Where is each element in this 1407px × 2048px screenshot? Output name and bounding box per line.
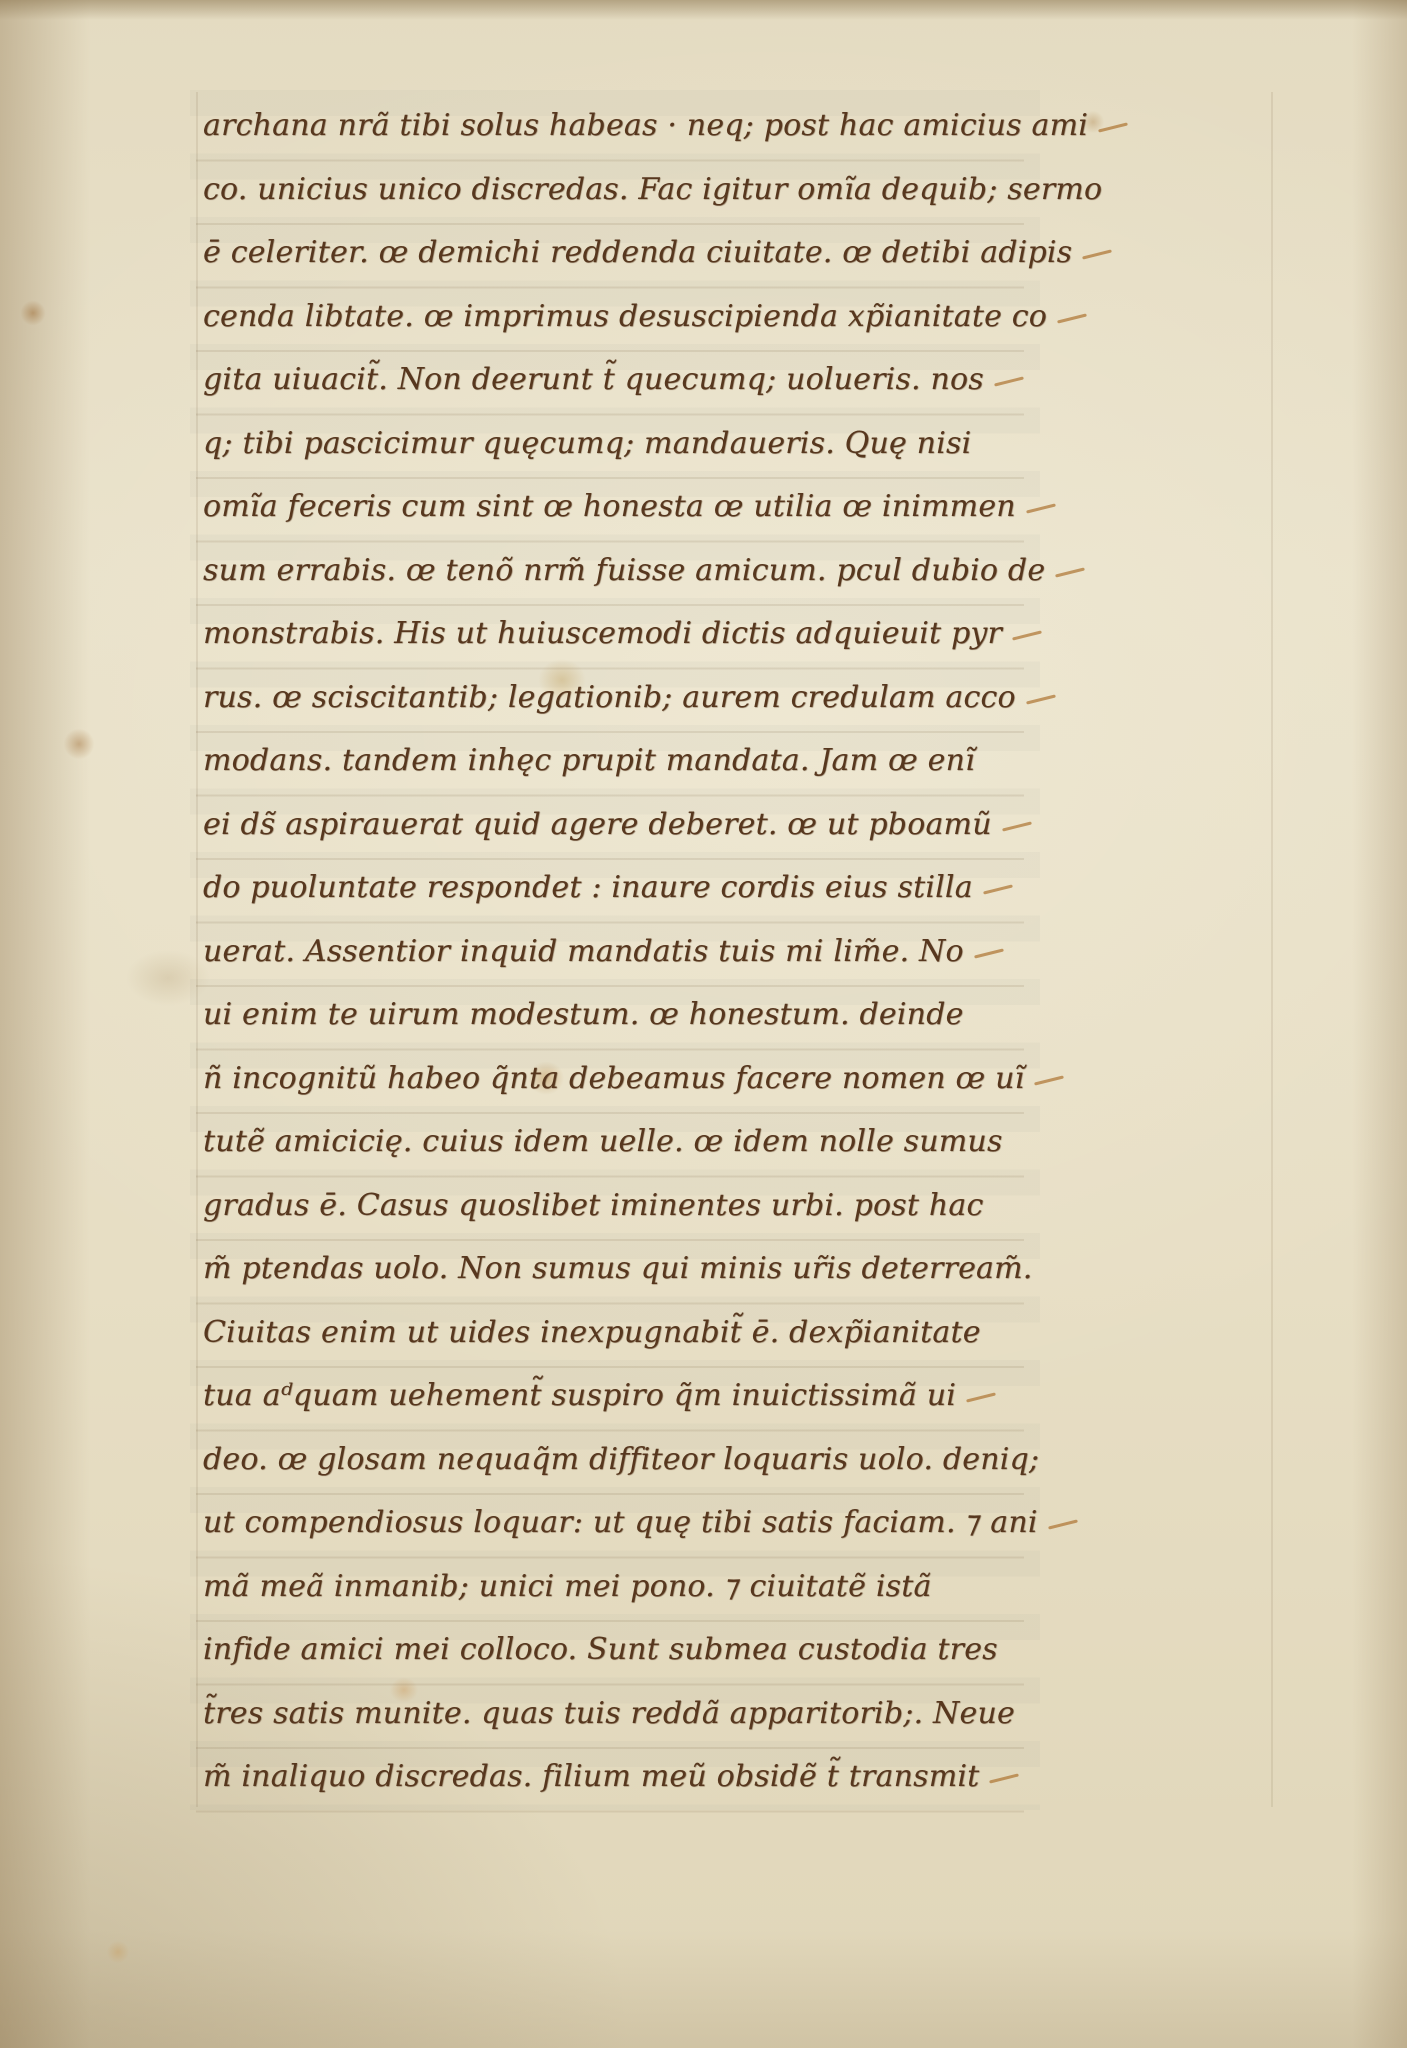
manuscript-line: t̃res satis munite. quas tuis reddã appa… — [203, 1682, 1063, 1746]
manuscript-line: monstrabis. His ut huiuscemodi dictis ad… — [203, 602, 1063, 666]
manuscript-page: archana nrã tibi solus habeas · neq; pos… — [0, 0, 1407, 2048]
manuscript-line: tutẽ amicicię. cuius idem uelle. œ idem … — [203, 1110, 1063, 1174]
text-block: archana nrã tibi solus habeas · neq; pos… — [203, 94, 1063, 1809]
manuscript-line: co. unicius unico discredas. Fac igitur … — [203, 158, 1063, 222]
manuscript-line: omĩa feceris cum sint œ honesta œ utilia… — [203, 475, 1063, 539]
manuscript-line: modans. tandem inhęc prupit mandata. Jam… — [203, 729, 1063, 793]
manuscript-line: ei ds̃ aspirauerat quid agere deberet. œ… — [203, 793, 1063, 857]
manuscript-line: uerat. Assentior inquid mandatis tuis mi… — [203, 920, 1063, 984]
manuscript-line: gita uiuacit̃. Non deerunt t̃ quecumq; u… — [203, 348, 1063, 412]
manuscript-line: ñ incognitũ habeo q̃nta debeamus facere … — [203, 1047, 1063, 1111]
manuscript-line: do puoluntate respondet : inaure cordis … — [203, 856, 1063, 920]
manuscript-line: m̃ inaliquo discredas. filium meũ obsidẽ… — [203, 1745, 1063, 1809]
manuscript-line: rus. œ sciscitantib; legationib; aurem c… — [203, 666, 1063, 730]
manuscript-line: ut compendiosus loquar: ut quę tibi sati… — [203, 1491, 1063, 1555]
manuscript-line: cenda libtate. œ imprimus desuscipienda … — [203, 285, 1063, 349]
manuscript-line: sum errabis. œ tenõ nrm̃ fuisse amicum. … — [203, 539, 1063, 603]
manuscript-line: ē celeriter. œ demichi reddenda ciuitate… — [203, 221, 1063, 285]
manuscript-line: ui enim te uirum modestum. œ honestum. d… — [203, 983, 1063, 1047]
manuscript-line: infide amici mei colloco. Sunt submea cu… — [203, 1618, 1063, 1682]
manuscript-line: m̃ ptendas uolo. Non sumus qui minis ur̃… — [203, 1237, 1063, 1301]
manuscript-line: Ciuitas enim ut uides inexpugnabit̃ ē. d… — [203, 1301, 1063, 1365]
manuscript-line: tua aᵈquam uehement̃ suspiro q̃m inuicti… — [203, 1364, 1063, 1428]
ruling-line-left — [196, 92, 198, 1807]
manuscript-line: mã meã inmanib; unici mei pono. ⁊ ciuita… — [203, 1555, 1063, 1619]
manuscript-line: archana nrã tibi solus habeas · neq; pos… — [203, 94, 1063, 158]
manuscript-line: q; tibi pascicimur quęcumq; mandaueris. … — [203, 412, 1063, 476]
ruling-line-right — [1271, 92, 1273, 1807]
manuscript-line: deo. œ glosam nequaq̃m diffiteor loquari… — [203, 1428, 1063, 1492]
manuscript-line: gradus ē. Casus quoslibet iminentes urbi… — [203, 1174, 1063, 1238]
